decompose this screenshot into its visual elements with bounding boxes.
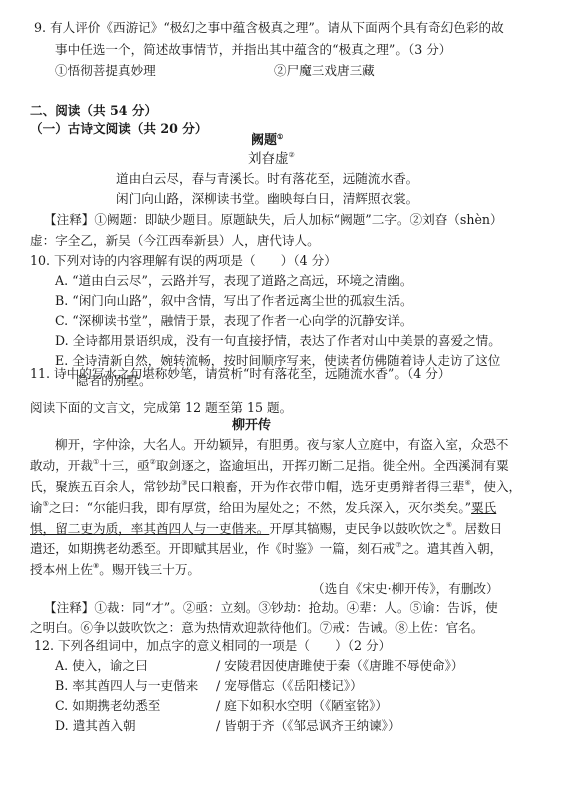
poem-note-line2: 虚：字全乙，新吴（今江西奉新县）人，唐代诗人。 <box>30 233 320 249</box>
prose-line1: 柳开，字仲涂，大名人。开幼颖异，有胆勇。夜与家人立庭中，有盗入室，众恐不 <box>55 437 508 453</box>
prose-line2: 敢动，开裁①十三，亟②取剑逐之，盗逾垣出，开挥刃断二足指。徙全州。全西溪洞有粟 <box>30 458 509 474</box>
q10-option-c: C. “深柳读书堂”，融情于景，表现了作者一心向学的沉静安详。 <box>55 313 413 329</box>
poem-title: 阙题① <box>251 133 283 149</box>
q12-option-a-right: / 安陵君因使唐雎使于秦（《唐雎不辱使命》） <box>216 658 464 674</box>
prose-line5: 惧，留二吏为质，率其酋四人与一吏偕来。开厚其犒赐，吏民争以鼓吹饮之⑥。居数日 <box>30 521 502 537</box>
prose-source: （选自《宋史·柳开传》，有删改） <box>312 581 499 597</box>
q10-option-b: B. “闲门向山路”，叙中含情，写出了作者远离尘世的孤寂生活。 <box>55 293 413 309</box>
prose-line4: 谕⑤之曰：“尔能归我，即有厚赏，给田为屋处之；不然，发兵深入，灭尔类矣。”粟氏 <box>30 500 496 516</box>
q12-option-b-right: / 宠辱偕忘（《岳阳楼记》） <box>216 678 363 694</box>
q10-option-d: D. 全诗都用景语织成，没有一句直接抒情，表达了作者对山中美景的喜爱之情。 <box>55 333 501 349</box>
q12-option-c: C. 如期携老幼悉至 <box>55 698 160 714</box>
q10-stem: 10. 下列对诗的内容理解有误的两项是（ ）（4 分） <box>30 253 337 269</box>
prose-note-line1: 【注释】①裁：同“才”。②亟：立刻。③钞劫：抢劫。④辈：人。⑤谕：告诉，使 <box>44 600 498 616</box>
poem-line1: 道由白云尽，春与青溪长。时有落花至，远随流水香。 <box>116 171 418 187</box>
q12-stem: 12. 下列各组词中，加点字的意义相同的一项是（ ）（2 分） <box>34 638 391 654</box>
poem-author: 刘昚虚② <box>248 151 295 167</box>
poem-line2: 闲门向山路，深柳读书堂。幽映每白日，清辉照衣裳。 <box>116 191 418 207</box>
q12-option-d: D. 遣其酋入朝 <box>55 718 136 734</box>
prose-line6: 遣还，如期携老幼悉至。开即赋其居业，作《时鉴》一篇，刻石戒⑦之。遣其酋入朝， <box>30 541 502 557</box>
section-title: 二、阅读（共 54 分） <box>30 103 157 119</box>
q12-option-b: B. 率其酋四人与一吏偕来 <box>55 678 198 694</box>
underlined-sentence-start: 粟氏 <box>471 500 496 515</box>
subsection-title: （一）古诗文阅读（共 20 分） <box>30 121 207 137</box>
q11-stem: 11. 诗中的写水之句堪称妙笔，请赏析“时有落花至，远随流水香”。（4 分） <box>30 366 450 382</box>
underlined-sentence-end: 惧，留二吏为质，率其酋四人与一吏偕来。 <box>30 521 269 536</box>
q12-option-c-right: / 庭下如积水空明（《陋室铭》） <box>216 698 388 714</box>
prose-line7: 授本州上佐⑧。赐开钱三十万。 <box>30 562 200 578</box>
poem-note-line1: 【注释】①阙题：即缺少题目。原题缺失，后人加标“阙题”二字。②刘昚（shèn） <box>44 212 503 228</box>
prose-note-line2: 之明白。⑥争以鼓吹饮之：意为热情欢迎款待他们。⑦戒：告诫。⑧上佐：官名。 <box>30 620 483 636</box>
q12-option-a: A. 使入，谕之曰 <box>55 658 148 674</box>
prose-line3: 氏，聚族五百余人，常钞劫③民口粮畜，开为作衣带巾帽，选牙吏勇辩者得三辈④，使入， <box>30 479 521 495</box>
prose-title: 柳开传 <box>232 418 271 434</box>
prose-intro: 阅读下面的文言文，完成第 12 题至第 15 题。 <box>30 400 292 416</box>
q9-option2: ②尸魔三戏唐三藏 <box>274 63 375 79</box>
q9-line1: 9. 有人评价《西游记》“极幻之事中蕴含极真之理”。请从下面两个具有奇幻色彩的故 <box>34 20 504 36</box>
q9-line2: 事中任选一个，简述故事情节，并指出其中蕴含的“极真之理”。（3 分） <box>55 42 451 58</box>
q10-option-a: A. “道由白云尽”，云路并写，表现了道路之高远，环境之清幽。 <box>55 273 412 289</box>
q9-option1: ①悟彻菩提真妙理 <box>55 63 156 79</box>
q12-option-d-right: / 皆朝于齐（《邹忌讽齐王纳谏》） <box>216 718 401 734</box>
